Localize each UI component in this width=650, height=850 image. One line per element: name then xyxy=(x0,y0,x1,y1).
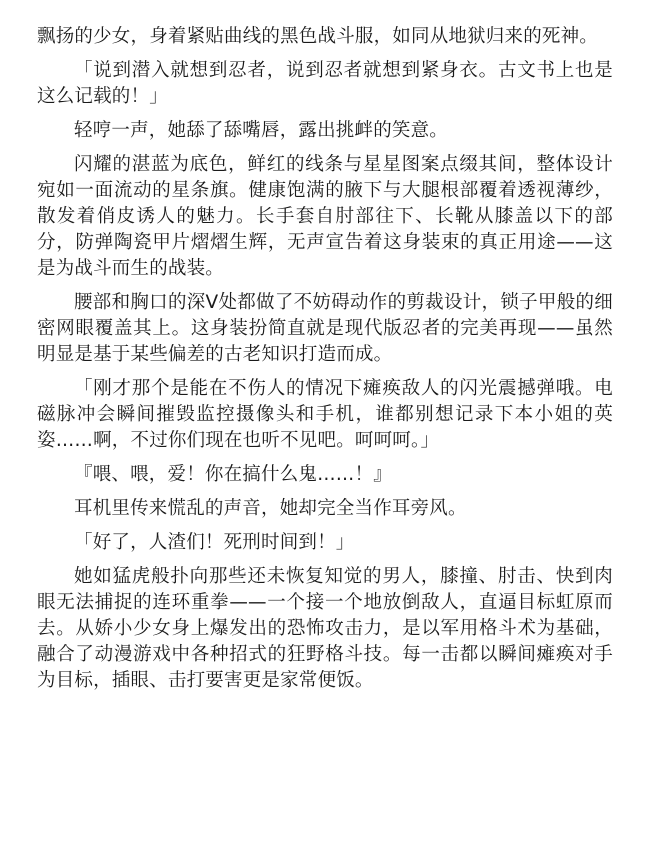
paragraph: 飘扬的少女，身着紧贴曲线的黑色战斗服，如同从地狱归来的死神。 xyxy=(37,24,613,50)
paragraph: 闪耀的湛蓝为底色，鲜红的线条与星星图案点缀其间，整体设计宛如一面流动的星条旗。健… xyxy=(37,152,613,282)
paragraph: 『喂、喂，爱！你在搞什么鬼……！』 xyxy=(37,462,613,488)
paragraph: 「刚才那个是能在不伤人的情况下瘫痪敌人的闪光震撼弹哦。电磁脉冲会瞬间摧毁监控摄像… xyxy=(37,376,613,454)
paragraph: 轻哼一声，她舔了舔嘴唇，露出挑衅的笑意。 xyxy=(37,118,613,144)
paragraph: 她如猛虎般扑向那些还未恢复知觉的男人，膝撞、肘击、快到肉眼无法捕捉的连环重拳——… xyxy=(37,564,613,694)
paragraph: 腰部和胸口的深V处都做了不妨碍动作的剪裁设计，锁子甲般的细密网眼覆盖其上。这身装… xyxy=(37,290,613,368)
document-page: 飘扬的少女，身着紧贴曲线的黑色战斗服，如同从地狱归来的死神。 「说到潜入就想到忍… xyxy=(0,0,650,850)
paragraph: 「说到潜入就想到忍者，说到忍者就想到紧身衣。古文书上也是这么记载的！」 xyxy=(37,58,613,110)
paragraph: 耳机里传来慌乱的声音，她却完全当作耳旁风。 xyxy=(37,496,613,522)
paragraph: 「好了，人渣们！死刑时间到！」 xyxy=(37,530,613,556)
